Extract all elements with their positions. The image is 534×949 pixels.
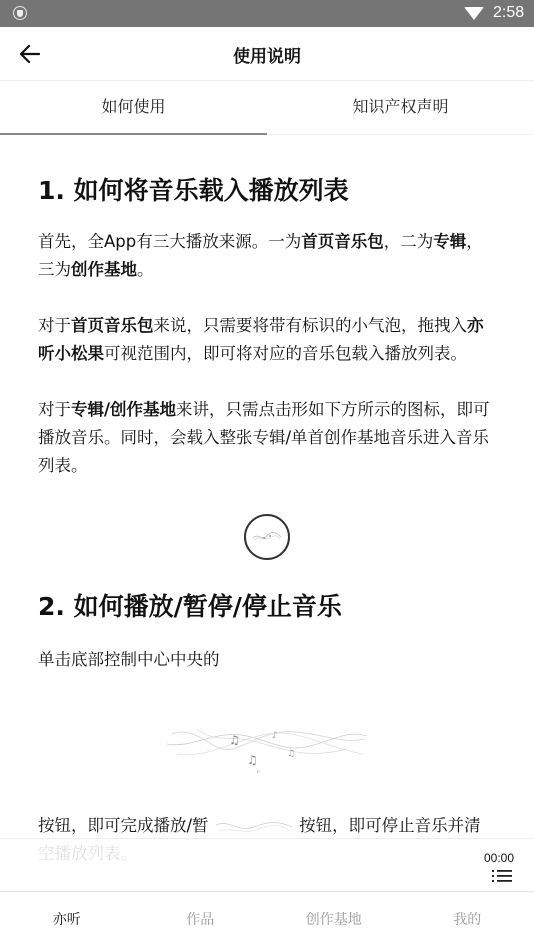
player-control-bar[interactable]: 00:00 <box>0 838 534 892</box>
app-bar: 使用说明 <box>0 27 534 81</box>
section2-paragraph1: 单击底部控制中心中央的 <box>38 646 496 674</box>
section1-heading: 1. 如何将音乐载入播放列表 <box>38 174 496 208</box>
tab-ip-statement[interactable]: 知识产权声明 <box>267 81 534 134</box>
section1-paragraph3: 对于专辑/创作基地来讲，只需点击形如下方所示的图标，即可播放音乐。同时，会载入整… <box>38 396 496 480</box>
bold-text: 首页音乐包 <box>71 316 154 335</box>
text: 来说，只需要将带有标识的小气泡，拖拽入 <box>154 316 468 335</box>
svg-text:♫: ♫ <box>287 749 295 759</box>
section2-heading: 2. 如何播放/暂停/停止音乐 <box>38 590 496 624</box>
svg-text:♫: ♫ <box>229 733 240 747</box>
nav-item-mine[interactable]: 我的 <box>401 892 534 949</box>
status-time: 2:58 <box>493 4 524 22</box>
text: ，二为 <box>384 232 434 251</box>
bold-text: 专辑/创作基地 <box>71 400 176 419</box>
text: 首先，全App有三大播放来源。一为 <box>38 232 301 251</box>
text: 。 <box>137 260 154 279</box>
nav-item-yiting[interactable]: 亦听 <box>0 892 134 949</box>
content-scroll-area[interactable]: 1. 如何将音乐载入播放列表 首先，全App有三大播放来源。一为首页音乐包，二为… <box>0 136 534 891</box>
nav-item-creation-base[interactable]: 创作基地 <box>267 892 401 949</box>
page-title: 使用说明 <box>0 42 534 67</box>
svg-text:♪: ♪ <box>272 731 278 741</box>
bold-text: 专辑 <box>433 232 466 251</box>
bold-text: 创作基地 <box>71 260 137 279</box>
bottom-navigation: 亦听 作品 创作基地 我的 <box>0 892 534 949</box>
shield-icon <box>13 6 27 20</box>
section1-paragraph2: 对于首页音乐包来说，只需要将带有标识的小气泡，拖拽入亦听小松果可视范围内，即可将… <box>38 312 496 368</box>
status-bar: 2:58 <box>0 0 534 27</box>
text: 可视范围内，即可将对应的音乐包载入播放列表。 <box>104 344 467 363</box>
svg-text:♫: ♫ <box>247 753 258 767</box>
playback-time: 00:00 <box>484 851 514 865</box>
wifi-icon <box>464 7 484 20</box>
music-notes-wave-image: ♫ ♫ ♪ ♫ ♪ <box>167 714 367 774</box>
text: 按钮，即可完成播放/暂 <box>38 816 209 835</box>
bold-text: 首页音乐包 <box>301 232 384 251</box>
text: 对于 <box>38 400 71 419</box>
nav-item-works[interactable]: 作品 <box>134 892 268 949</box>
svg-text:♪: ♪ <box>255 769 260 774</box>
tab-bar: 如何使用 知识产权声明 <box>0 81 534 135</box>
tab-how-to-use[interactable]: 如何使用 <box>0 81 267 134</box>
music-disc-icon <box>244 514 290 560</box>
section1-paragraph1: 首先，全App有三大播放来源。一为首页音乐包，二为专辑，三为创作基地。 <box>38 228 496 284</box>
music-notes-wave-inline-image <box>214 815 294 839</box>
text: 对于 <box>38 316 71 335</box>
playlist-icon[interactable] <box>492 869 512 883</box>
